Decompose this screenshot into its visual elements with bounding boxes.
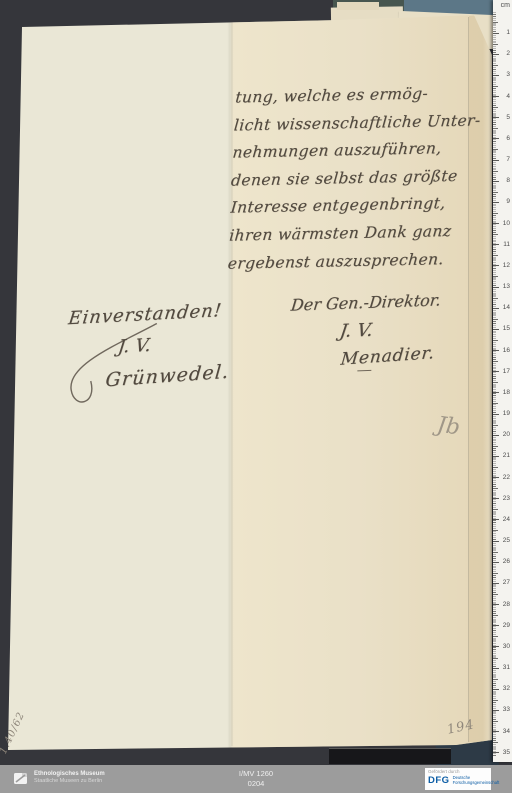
ruler-number: 11 [498, 241, 510, 249]
ruler-number: 23 [498, 495, 510, 503]
ruler-half-cm-tick [493, 340, 498, 341]
ruler-number: 8 [498, 177, 510, 185]
dfg-acronym: DFG [428, 775, 450, 786]
pencil-paraph: Jb [435, 413, 461, 441]
ruler-number: 9 [498, 198, 510, 206]
ruler-half-cm-tick [493, 552, 498, 553]
approver-initials: J. V. [117, 331, 229, 358]
handwritten-line: ergebenst auszusprechen. [227, 245, 478, 278]
signer-title: Der Gen.-Direktor. [290, 290, 442, 314]
ruler-half-cm-tick [493, 530, 498, 531]
ruler-half-cm-tick [493, 213, 498, 214]
ruler-half-cm-tick [493, 615, 498, 616]
ruler-half-cm-tick [493, 276, 498, 277]
ruler-number: 4 [498, 93, 510, 101]
ruler-half-cm-tick [493, 86, 498, 87]
ruler-half-cm-tick [493, 700, 498, 701]
ruler-number: 17 [498, 368, 510, 376]
ruler-half-cm-tick [493, 192, 498, 193]
ruler-number: 13 [498, 283, 510, 291]
ruler-number: 19 [498, 410, 510, 418]
ruler-number: 31 [498, 664, 510, 672]
ruler-half-cm-tick [493, 446, 498, 447]
ruler-half-cm-tick [493, 658, 498, 659]
ruler-number: 33 [498, 706, 510, 714]
ruler-millimeter-ticks [493, 12, 496, 756]
approval-signature-block: Einverstanden! J. V. Grünwedel. [68, 300, 230, 392]
ruler-number: 32 [498, 685, 510, 693]
ruler-number: 26 [498, 558, 510, 566]
ruler-number: 30 [498, 643, 510, 651]
ruler-half-cm-tick [493, 382, 498, 383]
ruler-half-cm-tick [493, 22, 498, 23]
ruler-half-cm-tick [493, 107, 498, 108]
ruler-half-cm-tick [493, 679, 498, 680]
ruler-half-cm-tick [493, 44, 498, 45]
ruler-number: 15 [498, 325, 510, 333]
ruler-number: 18 [498, 389, 510, 397]
funding-label: Gefördert durch [428, 769, 488, 774]
ruler-half-cm-tick [493, 467, 498, 468]
ruler-half-cm-tick [493, 128, 498, 129]
signature-menadier: Menadier. [340, 343, 444, 370]
ruler-half-cm-tick [493, 509, 498, 510]
ruler-number: 16 [498, 347, 510, 355]
ruler-half-cm-tick [493, 255, 498, 256]
ruler-number: 27 [498, 579, 510, 587]
letter-body-text: tung, welche es ermög-licht wissenschaft… [235, 80, 477, 278]
dfg-funding-logo: Gefördert durch DFG Deutsche Forschungsg… [425, 768, 491, 790]
ruler-number: 1 [498, 29, 510, 37]
ruler-number: 14 [498, 304, 510, 312]
ruler-half-cm-tick [493, 234, 498, 235]
ruler-half-cm-tick [493, 361, 498, 362]
ruler-number: 24 [498, 516, 510, 524]
handwritten-line: tung, welche es ermög- [234, 79, 474, 112]
ruler-half-cm-tick [493, 171, 498, 172]
archival-scan-viewport: tung, welche es ermög-licht wissenschaft… [0, 0, 512, 793]
ruler-half-cm-tick [493, 594, 498, 595]
ruler-half-cm-tick [493, 636, 498, 637]
ruler-number: 5 [498, 114, 510, 122]
closing-signature-block: Der Gen.-Direktor. J. V. Menadier. [291, 290, 444, 373]
ruler-half-cm-tick [493, 425, 498, 426]
funder-name-line2: Forschungsgemeinschaft [453, 781, 500, 786]
ruler-half-cm-tick [493, 403, 498, 404]
page-stack-edge [337, 2, 379, 10]
ruler-number: 10 [498, 220, 510, 228]
ruler-half-cm-tick [493, 488, 498, 489]
ruler-number: 25 [498, 537, 510, 545]
ruler-number: 21 [498, 452, 510, 460]
ruler-number: 2 [498, 50, 510, 58]
signer-initials: J. V. [338, 317, 443, 342]
ruler-number: 35 [498, 749, 510, 757]
ruler-number: 3 [498, 71, 510, 79]
ruler-half-cm-tick [493, 742, 498, 743]
ruler-half-cm-tick [493, 319, 498, 320]
ruler-number: 34 [498, 728, 510, 736]
book-clamp [329, 748, 451, 764]
ruler-half-cm-tick [493, 298, 498, 299]
ruler-number: 29 [498, 622, 510, 630]
ruler-number: 20 [498, 431, 510, 439]
ruler-number: 6 [498, 135, 510, 143]
measuring-ruler: cm 1234567891011121314151617181920212223… [493, 0, 512, 762]
ruler-number: 7 [498, 156, 510, 164]
ruler-unit-label: cm [501, 2, 510, 9]
ruler-number: 12 [498, 262, 510, 270]
ruler-half-cm-tick [493, 65, 498, 66]
footer-bar: Ethnologisches Museum Staatliche Museen … [0, 765, 512, 793]
ruler-half-cm-tick [493, 149, 498, 150]
ruler-half-cm-tick [493, 573, 498, 574]
ruler-number: 22 [498, 474, 510, 482]
ruler-half-cm-tick [493, 721, 498, 722]
ruler-number: 28 [498, 601, 510, 609]
